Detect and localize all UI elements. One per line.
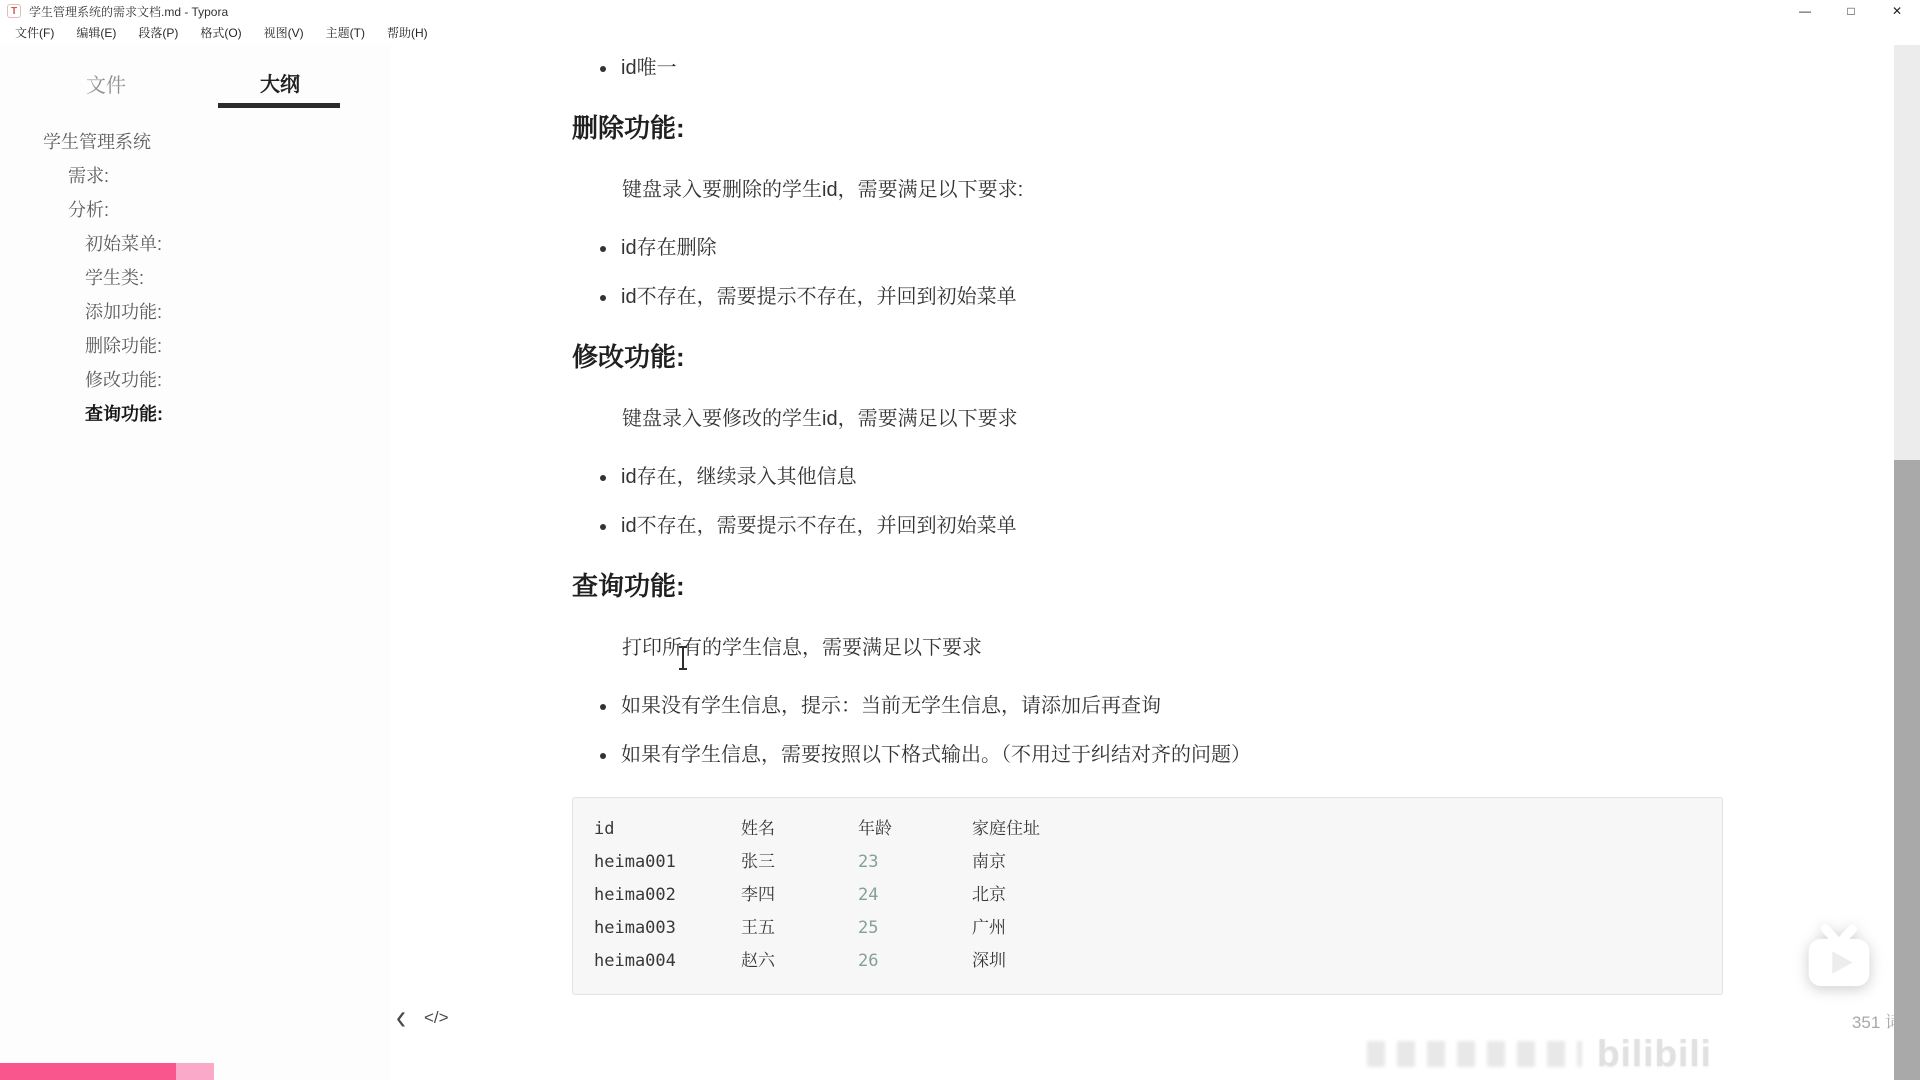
doc-bullet-list: id存在删除id不存在，需要提示不存在，并回到初始菜单 [572, 233, 1894, 312]
doc-bullet-item[interactable]: 如果没有学生信息，提示：当前无学生信息，请添加后再查询 [618, 691, 1894, 721]
doc-bullet-list: id存在，继续录入其他信息id不存在，需要提示不存在，并回到初始菜单 [572, 462, 1894, 541]
code-cell: heima002 [594, 879, 741, 912]
outline-item[interactable]: 学生管理系统 [0, 125, 390, 159]
menu-item[interactable]: 段落(P) [127, 22, 189, 45]
code-cell: id [594, 813, 741, 846]
code-cell: 家庭住址 [972, 813, 1722, 846]
code-block[interactable]: id姓名年龄家庭住址heima001张三23南京heima002李四24北京he… [572, 797, 1723, 995]
code-cell: 26 [858, 945, 972, 978]
outline-item[interactable]: 学生类: [0, 261, 390, 295]
document-body: id唯一删除功能:键盘录入要删除的学生id，需要满足以下要求:id存在删除id不… [572, 53, 1894, 770]
doc-paragraph[interactable]: 键盘录入要修改的学生id，需要满足以下要求 [572, 404, 1894, 434]
typora-app-icon: T [7, 4, 21, 18]
menu-bar: 文件(F)编辑(E)段落(P)格式(O)视图(V)主题(T)帮助(H) [0, 22, 1920, 45]
typora-window: T 学生管理系统的需求文档.md - Typora — □ ✕ 文件(F)编辑(… [0, 0, 1920, 1080]
code-cell: 南京 [972, 846, 1722, 879]
minimize-button[interactable]: — [1782, 0, 1828, 22]
doc-bullet-list: 如果没有学生信息，提示：当前无学生信息，请添加后再查询如果有学生信息，需要按照以… [572, 691, 1894, 770]
code-cell: 深圳 [972, 945, 1722, 978]
code-cell: heima003 [594, 912, 741, 945]
doc-bullet-item[interactable]: id不存在，需要提示不存在，并回到初始菜单 [618, 282, 1894, 312]
sidebar-toggle-icon[interactable]: ‹ [396, 1000, 406, 1036]
scrollbar-thumb[interactable] [1894, 460, 1920, 1080]
menu-item[interactable]: 编辑(E) [65, 22, 127, 45]
doc-heading[interactable]: 查询功能: [572, 568, 1894, 604]
doc-paragraph[interactable]: 打印所有的学生信息，需要满足以下要求 [572, 633, 1894, 663]
code-cell: 年龄 [858, 813, 972, 846]
menu-item[interactable]: 格式(O) [189, 22, 252, 45]
scrollbar-track[interactable] [1894, 45, 1920, 1080]
editor-footer: ‹ </> [396, 1003, 449, 1033]
code-cell: 北京 [972, 879, 1722, 912]
code-cell: 王五 [741, 912, 858, 945]
code-data-row: heima002李四24北京 [594, 879, 1722, 912]
doc-paragraph[interactable]: 键盘录入要删除的学生id，需要满足以下要求: [572, 175, 1894, 205]
outline-list: 学生管理系统需求:分析:初始菜单:学生类:添加功能:删除功能:修改功能:查询功能… [0, 125, 390, 431]
menu-item[interactable]: 文件(F) [4, 22, 65, 45]
tab-outline[interactable]: 大纲 [260, 68, 300, 97]
sidebar: 文件 大纲 学生管理系统需求:分析:初始菜单:学生类:添加功能:删除功能:修改功… [0, 45, 390, 1080]
doc-bullet-item[interactable]: id唯一 [618, 53, 1894, 83]
bilibili-watermark: bilibili [1597, 1033, 1712, 1075]
menu-item[interactable]: 主题(T) [315, 22, 376, 45]
code-data-row: heima003王五25广州 [594, 912, 1722, 945]
outline-item[interactable]: 删除功能: [0, 329, 390, 363]
active-tab-underline [218, 103, 340, 108]
maximize-button[interactable]: □ [1828, 0, 1874, 22]
window-title: 学生管理系统的需求文档.md - Typora [29, 3, 228, 20]
menu-item[interactable]: 视图(V) [253, 22, 315, 45]
code-cell: heima001 [594, 846, 741, 879]
source-code-mode-icon[interactable]: </> [424, 1008, 449, 1028]
outline-item[interactable]: 初始菜单: [0, 227, 390, 261]
video-progress-bar [0, 1063, 214, 1080]
doc-bullet-item[interactable]: id存在，继续录入其他信息 [618, 462, 1894, 492]
code-cell: 赵六 [741, 945, 858, 978]
menu-item[interactable]: 帮助(H) [376, 22, 439, 45]
code-cell: 24 [858, 879, 972, 912]
doc-heading[interactable]: 删除功能: [572, 110, 1894, 146]
outline-item[interactable]: 需求: [0, 159, 390, 193]
app-body: 文件 大纲 学生管理系统需求:分析:初始菜单:学生类:添加功能:删除功能:修改功… [0, 45, 1920, 1080]
code-cell: 姓名 [741, 813, 858, 846]
code-data-row: heima004赵六26深圳 [594, 945, 1722, 978]
tab-files[interactable]: 文件 [86, 69, 126, 98]
code-cell: 25 [858, 912, 972, 945]
code-data-row: heima001张三23南京 [594, 846, 1722, 879]
doc-bullet-item[interactable]: 如果有学生信息，需要按照以下格式输出。（不用过于纠结对齐的问题） [618, 740, 1894, 770]
doc-bullet-list: id唯一 [572, 53, 1894, 83]
outline-item[interactable]: 修改功能: [0, 363, 390, 397]
doc-bullet-item[interactable]: id存在删除 [618, 233, 1894, 263]
doc-bullet-item[interactable]: id不存在，需要提示不存在，并回到初始菜单 [618, 511, 1894, 541]
bilibili-tv-icon [1803, 918, 1875, 1003]
editor-content[interactable]: id唯一删除功能:键盘录入要删除的学生id，需要满足以下要求:id存在删除id不… [390, 45, 1894, 1080]
code-header-row: id姓名年龄家庭住址 [594, 813, 1722, 846]
code-cell: 广州 [972, 912, 1722, 945]
window-controls: — □ ✕ [1782, 0, 1920, 22]
code-cell: 23 [858, 846, 972, 879]
outline-item[interactable]: 分析: [0, 193, 390, 227]
outline-item[interactable]: 查询功能: [0, 397, 390, 431]
title-bar: T 学生管理系统的需求文档.md - Typora — □ ✕ [0, 0, 1920, 22]
close-button[interactable]: ✕ [1874, 0, 1920, 22]
video-progress-handle [176, 1063, 214, 1080]
doc-heading[interactable]: 修改功能: [572, 339, 1894, 375]
code-cell: 李四 [741, 879, 858, 912]
text-cursor-ibeam [676, 645, 690, 676]
code-cell: 张三 [741, 846, 858, 879]
outline-item[interactable]: 添加功能: [0, 295, 390, 329]
code-cell: heima004 [594, 945, 741, 978]
